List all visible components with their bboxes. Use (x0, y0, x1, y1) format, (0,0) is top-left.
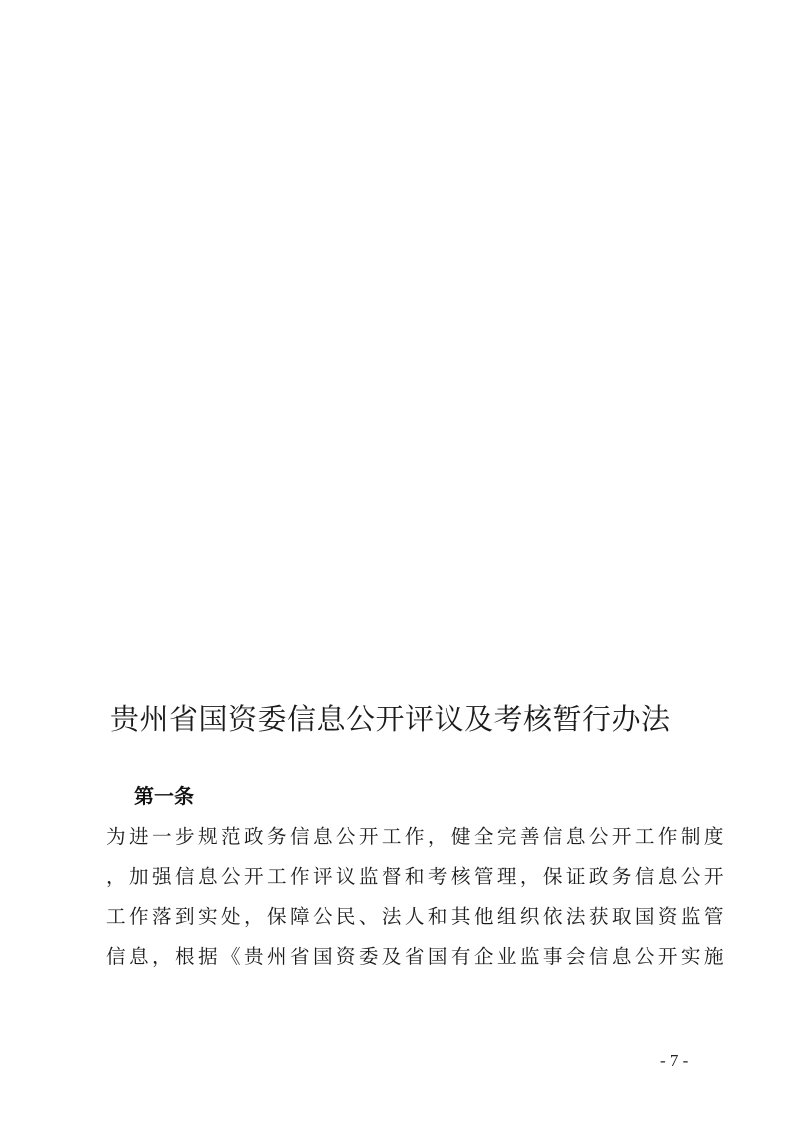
document-page: 贵州省国资委信息公开评议及考核暂行办法 第一条 为进一步规范政务信息公开工作，健… (0, 0, 800, 1132)
body-line: ，加强信息公开工作评议监督和考核管理，保证政务信息公开 (106, 857, 696, 897)
document-title: 贵州省国资委信息公开评议及考核暂行办法 (110, 697, 690, 738)
body-line: 信息，根据《贵州省国资委及省国有企业监事会信息公开实施 (106, 937, 696, 977)
article-body: 为进一步规范政务信息公开工作，健全完善信息公开工作制度 ，加强信息公开工作评议监… (106, 817, 696, 977)
body-line: 为进一步规范政务信息公开工作，健全完善信息公开工作制度 (106, 817, 696, 857)
article-heading: 第一条 (134, 780, 194, 809)
page-number: - 7 - (660, 1051, 688, 1071)
body-line: 工作落到实处，保障公民、法人和其他组织依法获取国资监管 (106, 897, 696, 937)
